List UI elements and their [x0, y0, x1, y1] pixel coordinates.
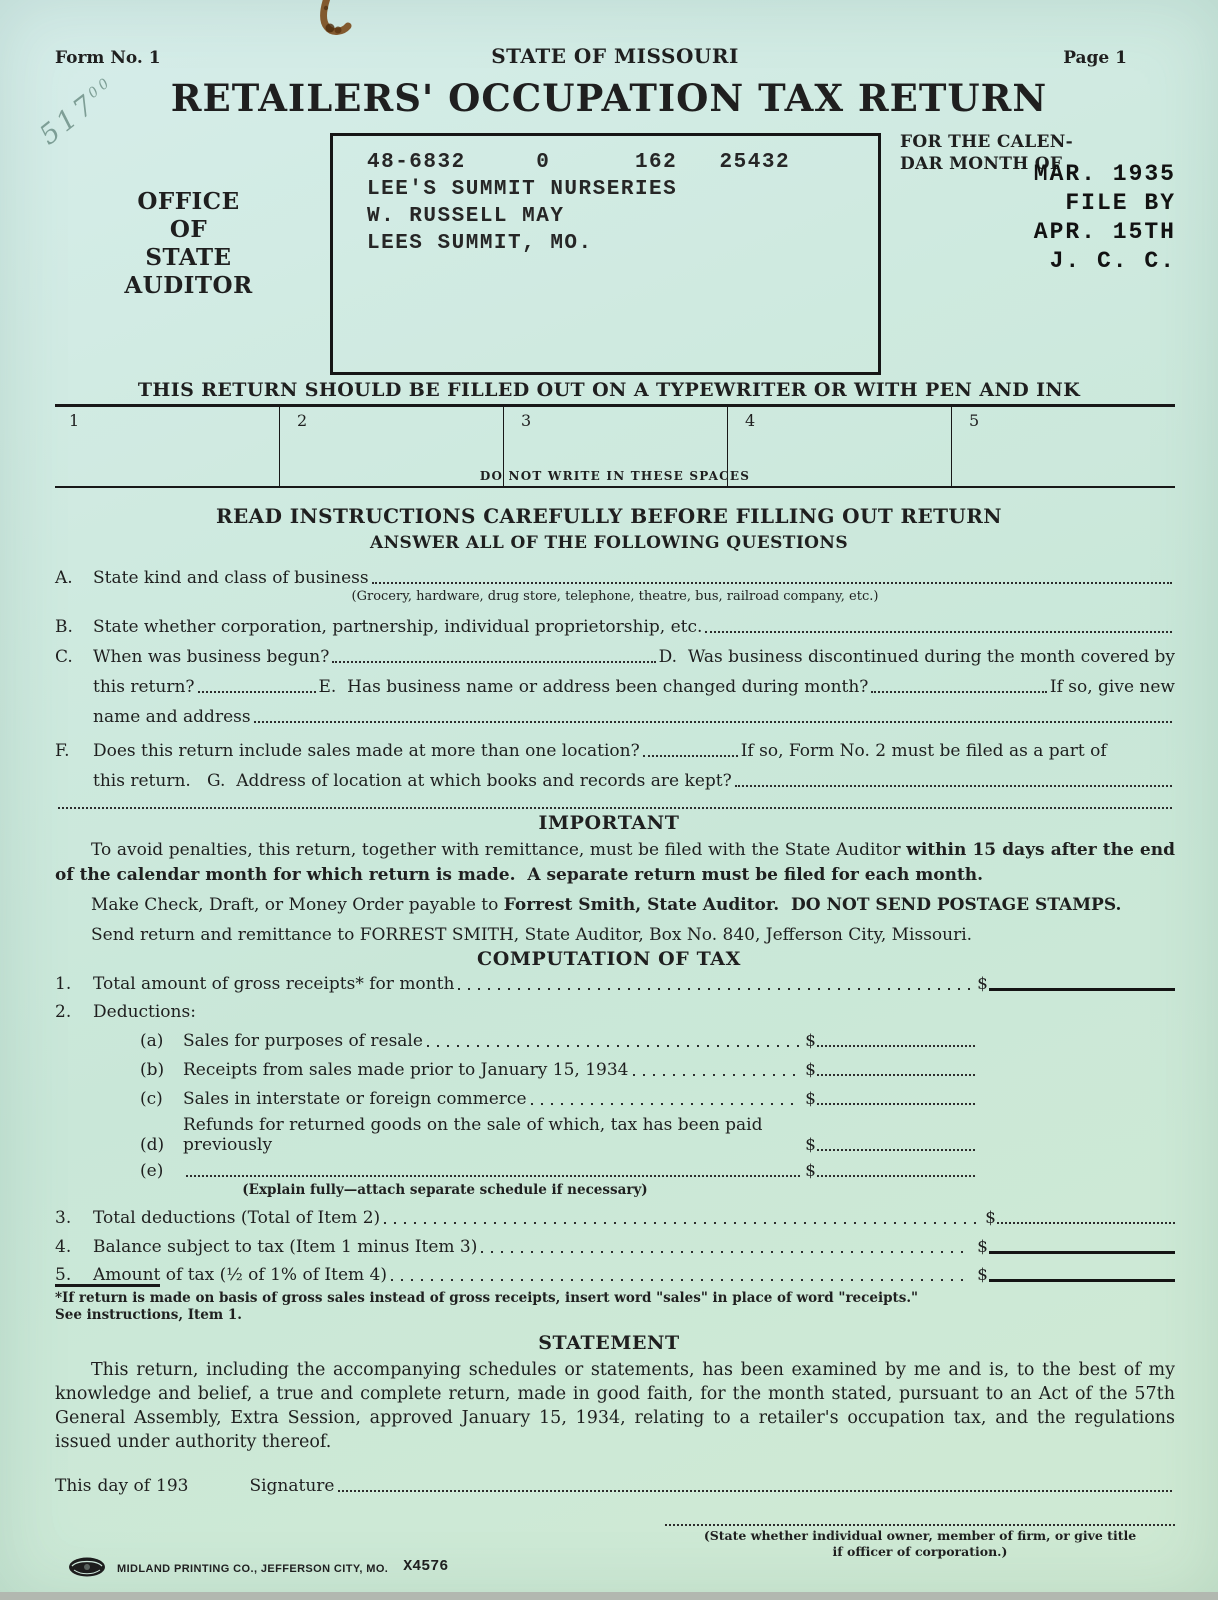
computation-heading: COMPUTATION OF TAX — [0, 948, 1218, 970]
question-g-label: this return. G. Address of location at w… — [93, 771, 732, 791]
signature-label: Signature — [249, 1476, 334, 1496]
item4-label: Balance subject to tax (Item 1 minus Ite… — [93, 1237, 477, 1257]
discontinued-input-line[interactable] — [198, 691, 316, 693]
refunds-input-line[interactable] — [817, 1149, 975, 1151]
question-f-label: Does this return include sales made at m… — [93, 741, 640, 761]
signature-input-line[interactable] — [338, 1490, 1173, 1492]
calendar-printed-line1: FOR THE CALEN- — [900, 131, 1178, 153]
title-input-line[interactable] — [665, 1516, 1175, 1526]
penalty-paragraph: To avoid penalties, this return, togethe… — [55, 838, 1175, 888]
important-heading: IMPORTANT — [0, 812, 1218, 834]
office-of-state-auditor-label: OFFICE OF STATE AUDITOR — [86, 188, 291, 300]
question-d-continuation: this return? — [93, 677, 195, 697]
deduction-c-row: (c) Sales in interstate or foreign comme… — [140, 1089, 975, 1109]
statement-body: This return, including the accompanying … — [55, 1358, 1175, 1454]
deduction-c-dollar-sign: $ — [805, 1089, 816, 1109]
do-not-write-spaces: 1 2 3 4 5 DO NOT WRITE IN THESE SPACES — [55, 407, 1175, 488]
item5-leader — [391, 1279, 971, 1281]
business-kind-input-line[interactable] — [372, 582, 1172, 584]
item5-label: Amount of tax (½ of 1% of Item 4) — [93, 1265, 387, 1285]
question-b-row: B. State whether corporation, partnershi… — [55, 607, 1175, 637]
question-a-row: A. State kind and class of business — [55, 558, 1175, 588]
taxpayer-address-box: 48-6832 0 162 25432 LEE'S SUMMIT NURSERI… — [330, 133, 881, 375]
computation-section: 1. Total amount of gross receipts* for m… — [55, 974, 1175, 1285]
deduction-a-row: (a) Sales for purposes of resale $ — [140, 1031, 975, 1051]
calendar-month-block: FOR THE CALEN- DAR MONTH OF MAR. 1935 FI… — [900, 131, 1178, 175]
state-heading: STATE OF MISSOURI — [491, 44, 739, 68]
this-label: This — [55, 1476, 91, 1496]
printer-footer: MIDLAND PRINTING CO., JEFFERSON CITY, MO… — [68, 1556, 448, 1582]
instructions-heading: READ INSTRUCTIONS CAREFULLY BEFORE FILLI… — [0, 504, 1218, 528]
stamp-initials: J. C. C. — [1034, 247, 1176, 276]
tax-amount-input-line[interactable] — [989, 1279, 1175, 1282]
question-b-label: State whether corporation, partnership, … — [93, 617, 702, 637]
new-name-row: name and address — [55, 697, 1175, 727]
item3-dollar-sign: $ — [985, 1208, 996, 1228]
question-f-row: F. Does this return include sales made a… — [55, 731, 1175, 761]
do-not-write-caption: DO NOT WRITE IN THESE SPACES — [55, 469, 1175, 483]
question-d-e-row: this return? E. Has business name or add… — [55, 667, 1175, 697]
question-c-d-row: C. When was business begun? D. Was busin… — [55, 637, 1175, 667]
deduction-d-dollar-sign: $ — [805, 1135, 816, 1155]
deduction-e-caption: (Explain fully—attach separate schedule … — [185, 1182, 705, 1198]
question-a-label: State kind and class of business — [93, 568, 369, 588]
statement-heading: STATEMENT — [0, 1332, 1218, 1354]
item5-dollar-sign: $ — [977, 1265, 988, 1285]
multiple-locations-input-line[interactable] — [643, 755, 738, 757]
signature-title-block: (State whether individual owner, member … — [55, 1516, 1175, 1560]
item2-row: 2. Deductions: — [55, 1002, 1175, 1022]
item1-leader — [458, 988, 971, 990]
tax-return-form-page: 51700 Form No. 1 STATE OF MISSOURI Page … — [0, 0, 1218, 1600]
execution-section: This day of 193 Signature — [55, 1466, 1175, 1496]
footnote-block: *If return is made on basis of gross sal… — [55, 1284, 1175, 1324]
records-address-overflow-row — [55, 791, 1175, 813]
deduction-d-row: (d) Refunds for returned goods on the sa… — [140, 1115, 975, 1155]
item1-row: 1. Total amount of gross receipts* for m… — [55, 974, 1175, 994]
important-section: To avoid penalties, this return, togethe… — [55, 838, 1175, 948]
deduction-b-dollar-sign: $ — [805, 1060, 816, 1080]
stamp-file-by: FILE BY — [1034, 189, 1176, 218]
resale-sales-input-line[interactable] — [817, 1045, 975, 1047]
deduction-c-leader — [531, 1103, 800, 1105]
stamp-due-date: APR. 15TH — [1034, 218, 1176, 247]
deduction-e-dollar-sign: $ — [805, 1161, 816, 1181]
owner-name-line: W. RUSSELL MAY — [367, 203, 878, 230]
records-address-input-line-2[interactable] — [58, 807, 1172, 809]
date-stamp: MAR. 1935 FILE BY APR. 15TH J. C. C. — [1034, 160, 1176, 276]
deduction-b-leader — [633, 1074, 800, 1076]
item2-label: Deductions: — [93, 1002, 196, 1022]
item1-label: Total amount of gross receipts* for mont… — [93, 974, 454, 994]
deduction-a-leader — [427, 1045, 799, 1047]
deduction-b-label: Receipts from sales made prior to Januar… — [183, 1060, 629, 1080]
question-e-label: E. Has business name or address been cha… — [319, 677, 869, 697]
question-c-label: When was business begun? — [93, 647, 329, 667]
day-of-label: day of — [97, 1476, 150, 1496]
deduction-c-label: Sales in interstate or foreign commerce — [183, 1089, 527, 1109]
question-a-hint: (Grocery, hardware, drug store, telephon… — [55, 589, 1175, 604]
item1-dollar-sign: $ — [977, 974, 988, 994]
typewriter-notice: THIS RETURN SHOULD BE FILLED OUT ON A TY… — [0, 379, 1218, 401]
new-name-address-input-line[interactable] — [254, 721, 1172, 723]
item4-row: 4. Balance subject to tax (Item 1 minus … — [55, 1237, 1175, 1257]
business-name-line: LEE'S SUMMIT NURSERIES — [367, 176, 878, 203]
footnote-text: *If return is made on basis of gross sal… — [55, 1290, 925, 1324]
name-changed-input-line[interactable] — [871, 691, 1046, 693]
deduction-e-row: (e) $ — [140, 1161, 975, 1181]
balance-input-line[interactable] — [989, 1251, 1175, 1254]
year-prefix: 193 — [156, 1476, 188, 1496]
prior-sales-input-line[interactable] — [817, 1074, 975, 1076]
business-begun-input-line[interactable] — [332, 661, 655, 663]
item4-dollar-sign: $ — [977, 1237, 988, 1257]
questions-section: A. State kind and class of business (Gro… — [55, 558, 1175, 813]
header: Form No. 1 STATE OF MISSOURI Page 1 — [55, 44, 1175, 68]
city-state-line: LEES SUMMIT, MO. — [367, 230, 878, 257]
remittance-paragraph: Send return and remittance to FORREST SM… — [55, 923, 1175, 948]
form-number: Form No. 1 — [55, 48, 161, 68]
signature-caption: (State whether individual owner, member … — [665, 1528, 1175, 1560]
printer-code: X4576 — [403, 1558, 448, 1575]
answer-all-heading: ANSWER ALL OF THE FOLLOWING QUESTIONS — [0, 533, 1218, 553]
item3-leader — [384, 1222, 979, 1224]
deduction-b-row: (b) Receipts from sales made prior to Ja… — [140, 1060, 975, 1080]
printer-name: MIDLAND PRINTING CO., JEFFERSON CITY, MO… — [117, 1563, 388, 1575]
other-deduction-amount-input-line[interactable] — [817, 1175, 975, 1177]
item3-label: Total deductions (Total of Item 2) — [93, 1208, 380, 1228]
organization-type-input-line[interactable] — [705, 631, 1172, 633]
other-deduction-input-line[interactable] — [186, 1175, 800, 1177]
account-number-line: 48-6832 0 162 25432 — [367, 149, 878, 176]
question-f-suffix: If so, Form No. 2 must be filed as a par… — [741, 741, 1107, 761]
deduction-a-label: Sales for purposes of resale — [183, 1031, 423, 1051]
stamp-month: MAR. 1935 — [1034, 160, 1176, 189]
printer-union-bug-icon — [68, 1556, 108, 1582]
item3-row: 3. Total deductions (Total of Item 2) $ — [55, 1208, 1175, 1228]
date-signature-row: This day of 193 Signature — [55, 1466, 1175, 1496]
question-e-continuation: name and address — [93, 707, 251, 727]
records-address-input-line[interactable] — [735, 785, 1172, 787]
interstate-sales-input-line[interactable] — [817, 1103, 975, 1105]
page-number: Page 1 — [1063, 48, 1127, 68]
question-d-label: D. Was business discontinued during the … — [659, 647, 1175, 667]
item4-leader — [481, 1251, 971, 1253]
question-e-suffix: If so, give new — [1050, 677, 1175, 697]
page-title: RETAILERS' OCCUPATION TAX RETURN — [0, 76, 1218, 120]
deduction-a-dollar-sign: $ — [805, 1031, 816, 1051]
gross-receipts-input-line[interactable] — [989, 988, 1175, 991]
item5-row: 5. Amount of tax (½ of 1% of Item 4) $ — [55, 1265, 1175, 1285]
total-deductions-input-line[interactable] — [997, 1222, 1175, 1224]
scan-edge — [0, 1592, 1218, 1600]
question-g-row: this return. G. Address of location at w… — [55, 761, 1175, 791]
payable-paragraph: Make Check, Draft, or Money Order payabl… — [55, 893, 1175, 918]
deduction-d-label: Refunds for returned goods on the sale o… — [183, 1115, 803, 1155]
footnote-separator — [55, 1284, 160, 1287]
